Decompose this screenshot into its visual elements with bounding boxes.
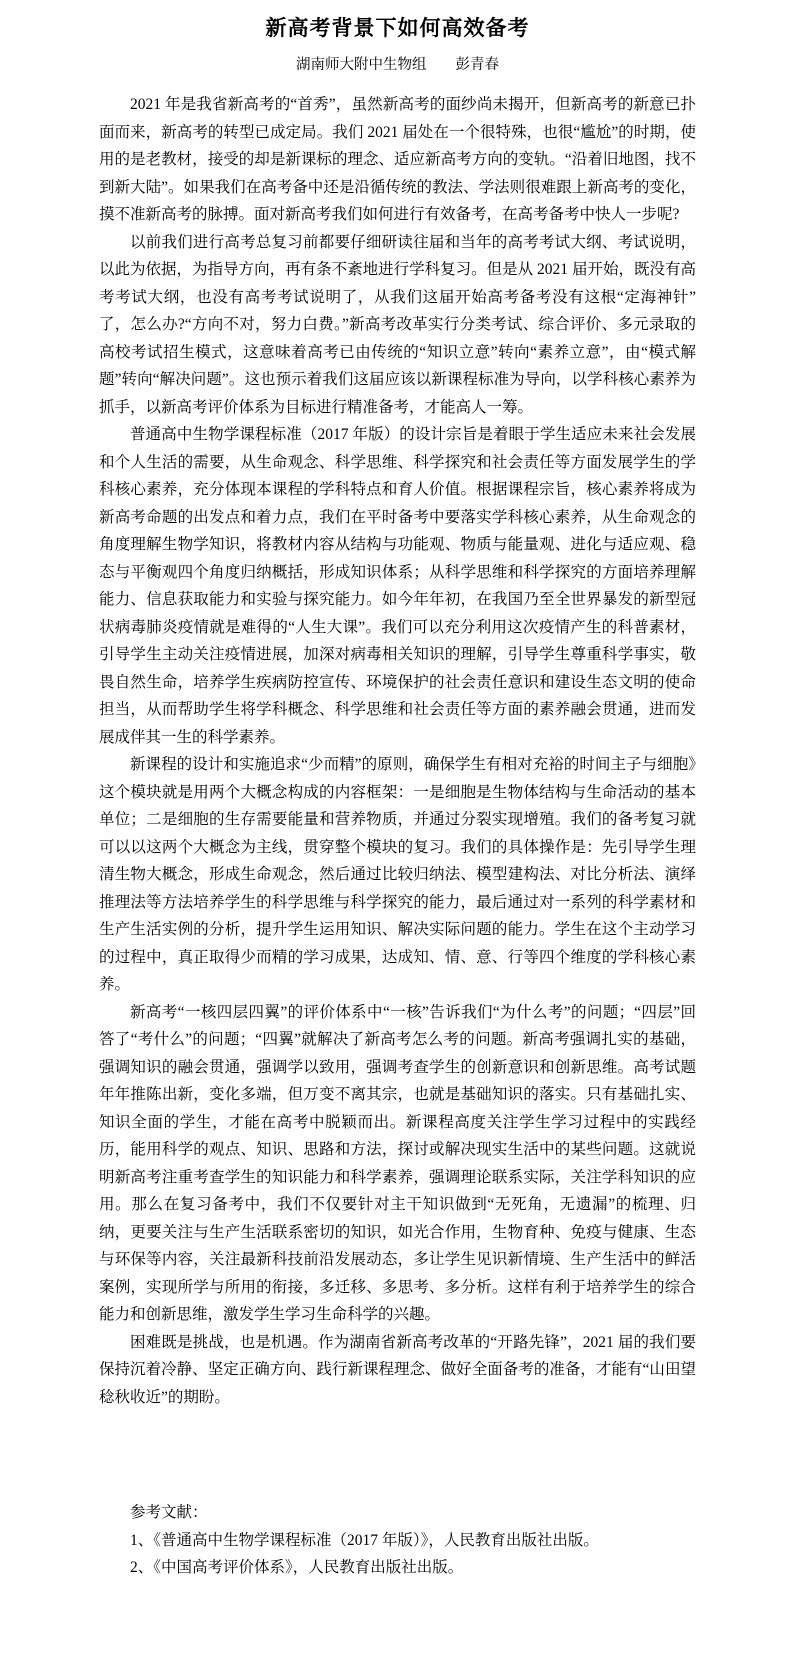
reference-item: 2、《中国高考评价体系》，人民教育出版社出版。 [99,1554,696,1582]
article-body: 2021 年是我省新高考的“首秀”，虽然新高考的面纱尚未揭开，但新高考的新意已扑… [99,91,696,1411]
paragraph: 困难既是挑战，也是机遇。作为湖南省新高考改革的“开路先锋”，2021 届的我们要… [99,1329,696,1412]
paragraph: 普通高中生物学课程标准（2017 年版）的设计宗旨是着眼于学生适应未来社会发展和… [99,421,696,751]
paragraph: 2021 年是我省新高考的“首秀”，虽然新高考的面纱尚未揭开，但新高考的新意已扑… [99,91,696,229]
paragraph: 以前我们进行高考总复习前都要仔细研读往届和当年的高考考试大纲、考试说明，以此为依… [99,229,696,422]
paragraph: 新课程的设计和实施追求“少而精”的原则，确保学生有相对充裕的时间主子与细胞》这个… [99,751,696,999]
references-heading: 参考文献： [99,1499,696,1527]
author-byline: 湖南师大附中生物组 彭青春 [99,56,696,74]
paragraph: 新高考“一核四层四翼”的评价体系中“一核”告诉我们“为什么考”的问题；“四层”回… [99,999,696,1329]
references-section: 参考文献： 1、《普通高中生物学课程标准（2017 年版）》，人民教育出版社出版… [99,1499,696,1582]
reference-item: 1、《普通高中生物学课程标准（2017 年版）》，人民教育出版社出版。 [99,1527,696,1555]
page-title: 新高考背景下如何高效备考 [99,14,696,44]
document-page: 新高考背景下如何高效备考 湖南师大附中生物组 彭青春 2021 年是我省新高考的… [0,0,793,1658]
